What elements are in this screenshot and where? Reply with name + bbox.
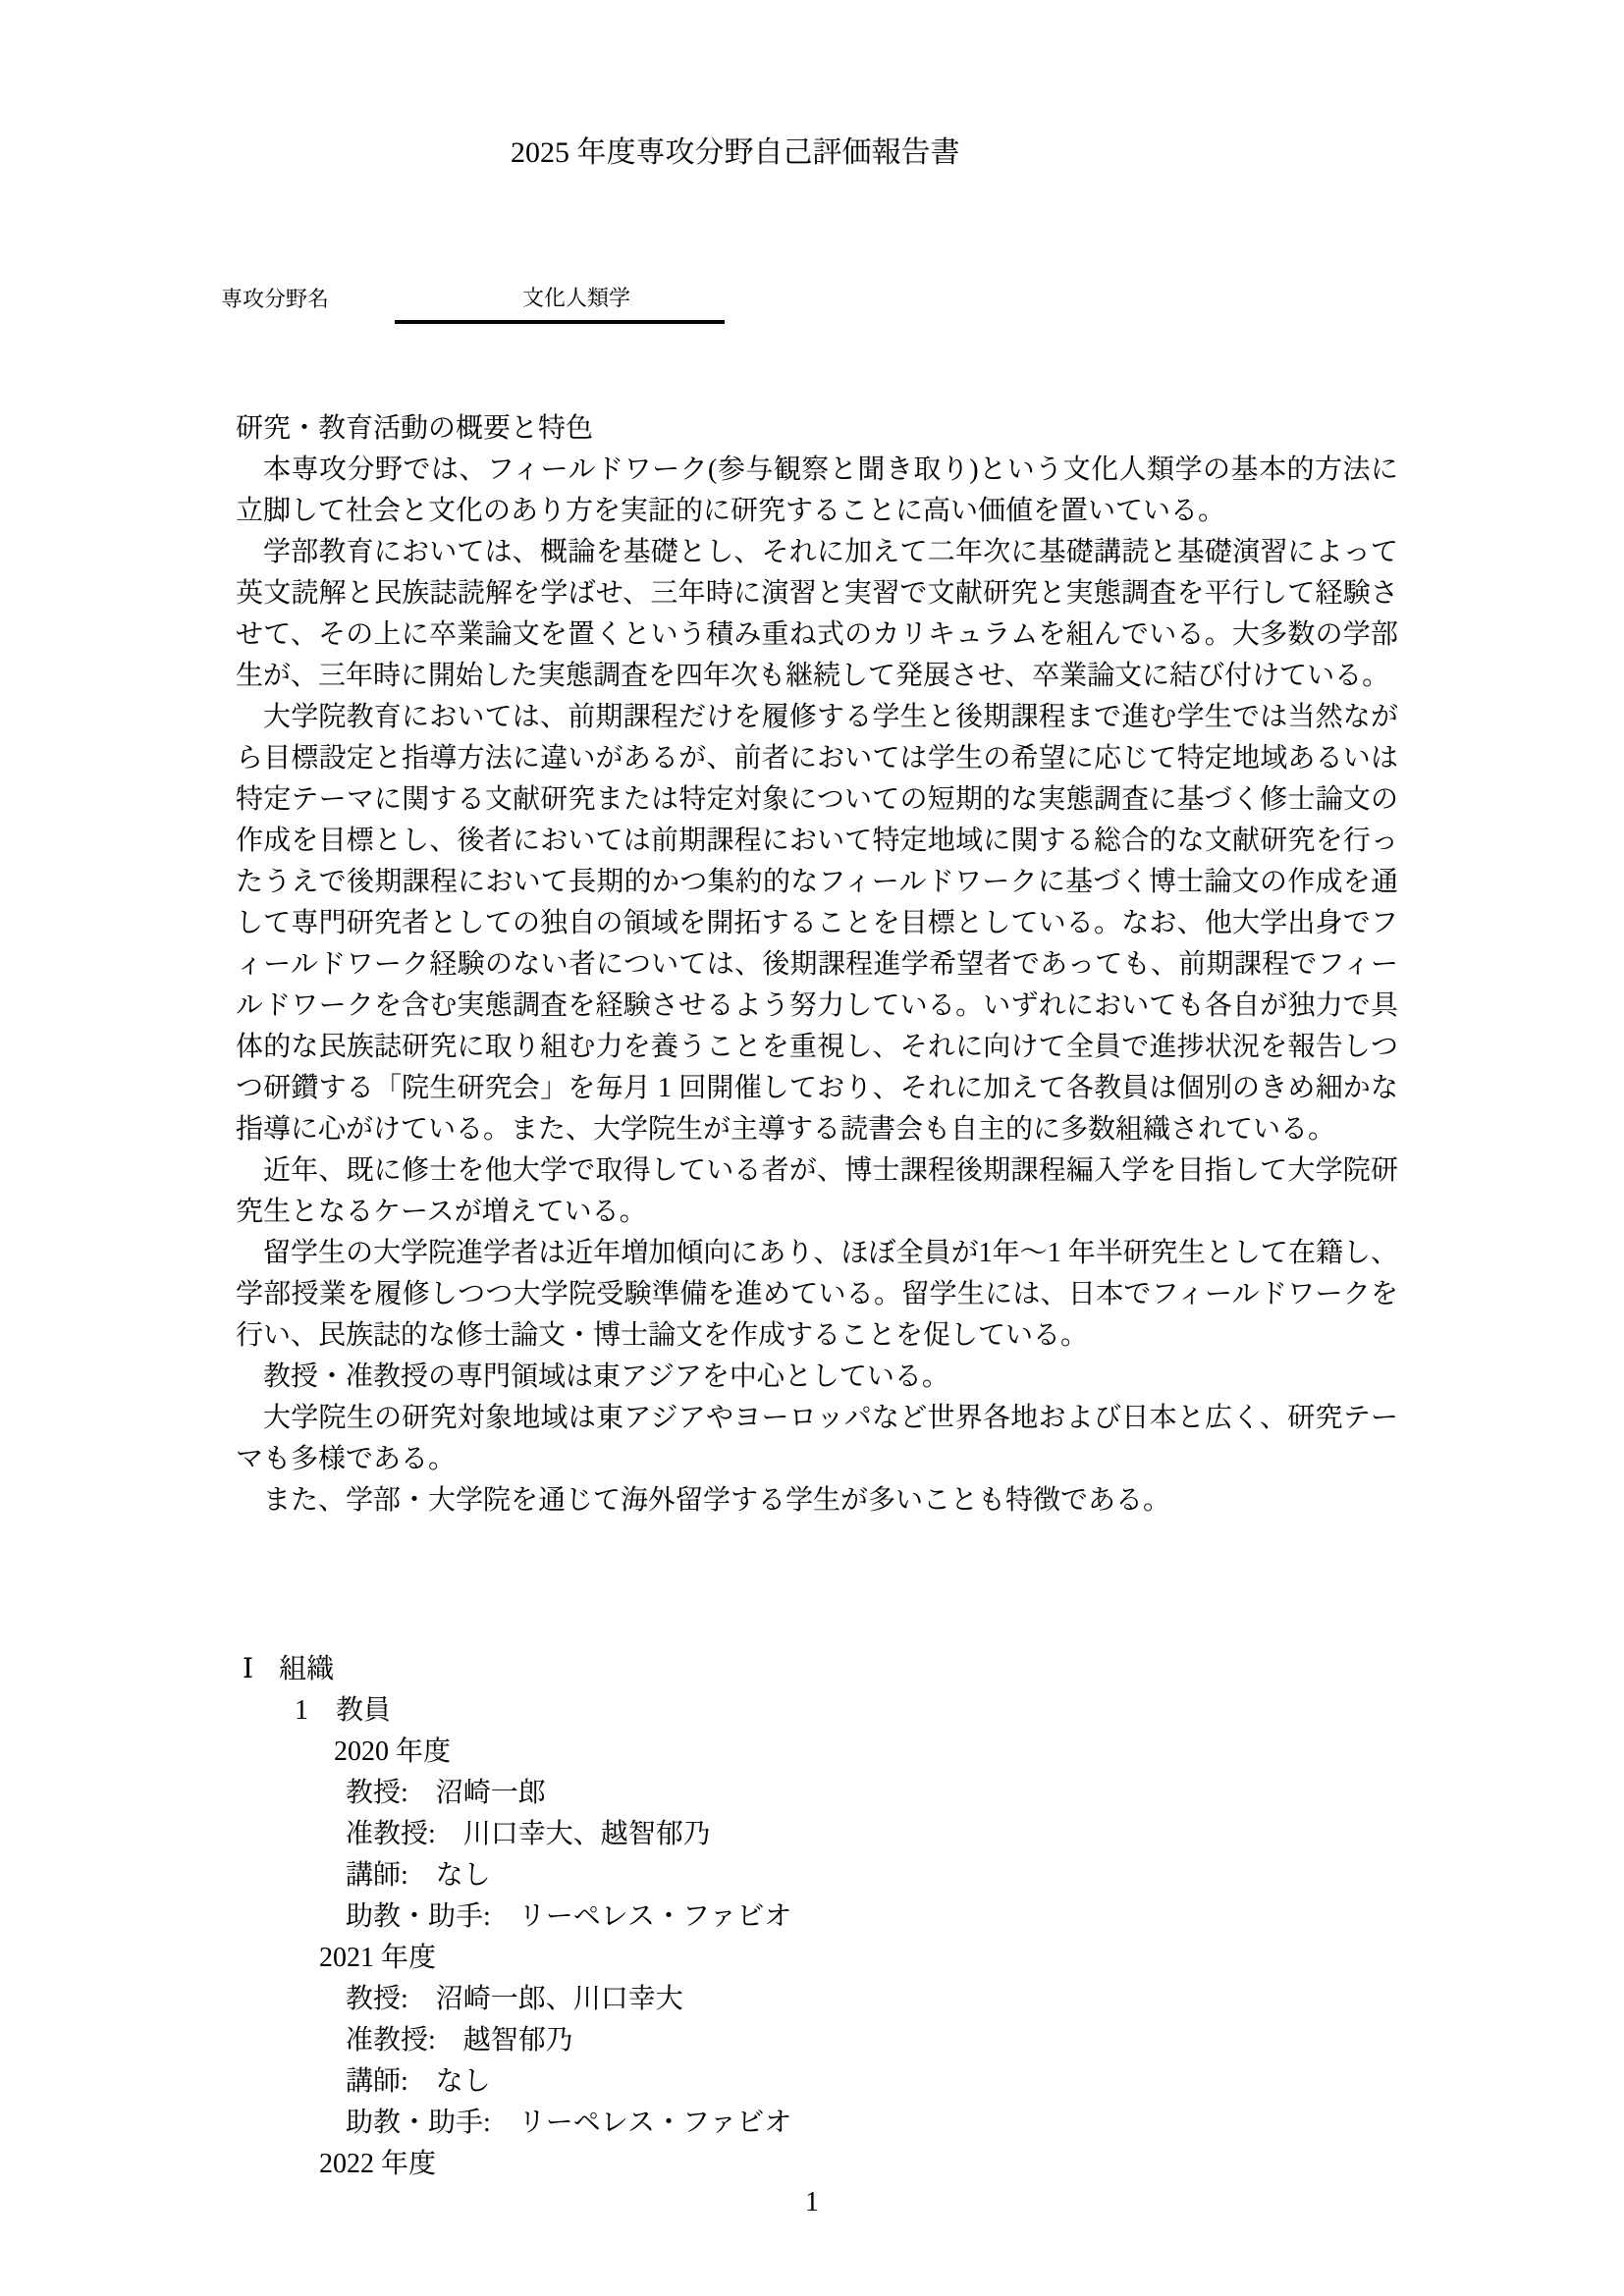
staff-names: リーペレス・ファビオ <box>518 2108 792 2138</box>
overview-paragraph: また、学部・大学院を通じて海外留学する学生が多いことも特徴である。 <box>236 1480 1398 1522</box>
overview-paragraph: 学部教育においては、概論を基礎とし、それに加えて二年次に基礎講読と基礎演習によっ… <box>236 532 1398 697</box>
year-heading: 2022 年度 <box>236 2144 791 2185</box>
year-heading: 2020 年度 <box>236 1732 791 1773</box>
staff-row: 助教・助手:リーペレス・ファビオ <box>236 2103 791 2144</box>
staff-role-label: 助教・助手: <box>346 1901 491 1932</box>
staff-role-label: 准教授: <box>346 1819 436 1849</box>
org-subsection-number: 1 <box>295 1695 308 1726</box>
staff-row: 講師:なし <box>236 1855 791 1896</box>
staff-role-label: 講師: <box>346 1860 408 1891</box>
page-number: 1 <box>0 2185 1624 2220</box>
staff-role-label: 教授: <box>346 1778 408 1808</box>
staff-row: 教授:沼崎一郎 <box>236 1773 791 1814</box>
staff-role-label: 助教・助手: <box>346 2108 491 2138</box>
staff-role-label: 教授: <box>346 1984 408 2014</box>
org-section-title: 組織 <box>279 1654 334 1684</box>
staff-role-label: 准教授: <box>346 2025 436 2056</box>
org-section-heading: Ⅰ組織 <box>236 1649 791 1690</box>
overview-section: 研究・教育活動の概要と特色 本専攻分野では、フィールドワーク(参与観察と聞き取り… <box>236 408 1398 1522</box>
staff-role-label: 講師: <box>346 2066 408 2097</box>
org-subsection-title: 教員 <box>336 1695 391 1726</box>
staff-row: 准教授:越智郁乃 <box>236 2020 791 2061</box>
staff-names: なし <box>436 2066 491 2097</box>
staff-row: 講師:なし <box>236 2061 791 2103</box>
staff-names: 越智郁乃 <box>463 2025 573 2056</box>
field-name-value: 文化人類学 <box>522 284 630 313</box>
report-title: 2025 年度専攻分野自己評価報告書 <box>511 133 960 173</box>
overview-paragraph: 教授・准教授の専門領域は東アジアを中心としている。 <box>236 1357 1398 1398</box>
staff-row: 教授:沼崎一郎、川口幸大 <box>236 1979 791 2020</box>
field-name-label: 専攻分野名 <box>221 285 329 314</box>
staff-names: 沼崎一郎、川口幸大 <box>436 1984 683 2014</box>
staff-row: 助教・助手:リーペレス・ファビオ <box>236 1896 791 1938</box>
staff-names: 川口幸大、越智郁乃 <box>463 1819 711 1849</box>
overview-paragraph: 大学院生の研究対象地域は東アジアやヨーロッパなど世界各地および日本と広く、研究テ… <box>236 1398 1398 1480</box>
year-heading: 2021 年度 <box>236 1938 791 1979</box>
overview-paragraph: 留学生の大学院進学者は近年増加傾向にあり、ほぼ全員が1年～1 年半研究生として在… <box>236 1233 1398 1357</box>
overview-heading: 研究・教育活動の概要と特色 <box>236 408 1398 450</box>
staff-names: なし <box>436 1860 491 1891</box>
org-subsection-heading: 1教員 <box>236 1690 791 1732</box>
overview-paragraph: 本専攻分野では、フィールドワーク(参与観察と聞き取り)という文化人類学の基本的方… <box>236 450 1398 532</box>
staff-row: 准教授:川口幸大、越智郁乃 <box>236 1814 791 1855</box>
organization-section: Ⅰ組織 1教員 2020 年度 教授:沼崎一郎 准教授:川口幸大、越智郁乃 講師… <box>236 1649 791 2185</box>
field-name-underline <box>395 320 725 324</box>
staff-names: 沼崎一郎 <box>436 1778 546 1808</box>
staff-names: リーペレス・ファビオ <box>518 1901 792 1932</box>
overview-paragraph: 近年、既に修士を他大学で取得している者が、博士課程後期課程編入学を目指して大学院… <box>236 1150 1398 1233</box>
report-page: 2025 年度専攻分野自己評価報告書 専攻分野名 文化人類学 研究・教育活動の概… <box>0 0 1624 2296</box>
org-section-number: Ⅰ <box>243 1654 253 1684</box>
overview-paragraph: 大学院教育においては、前期課程だけを履修する学生と後期課程まで進む学生では当然な… <box>236 697 1398 1150</box>
